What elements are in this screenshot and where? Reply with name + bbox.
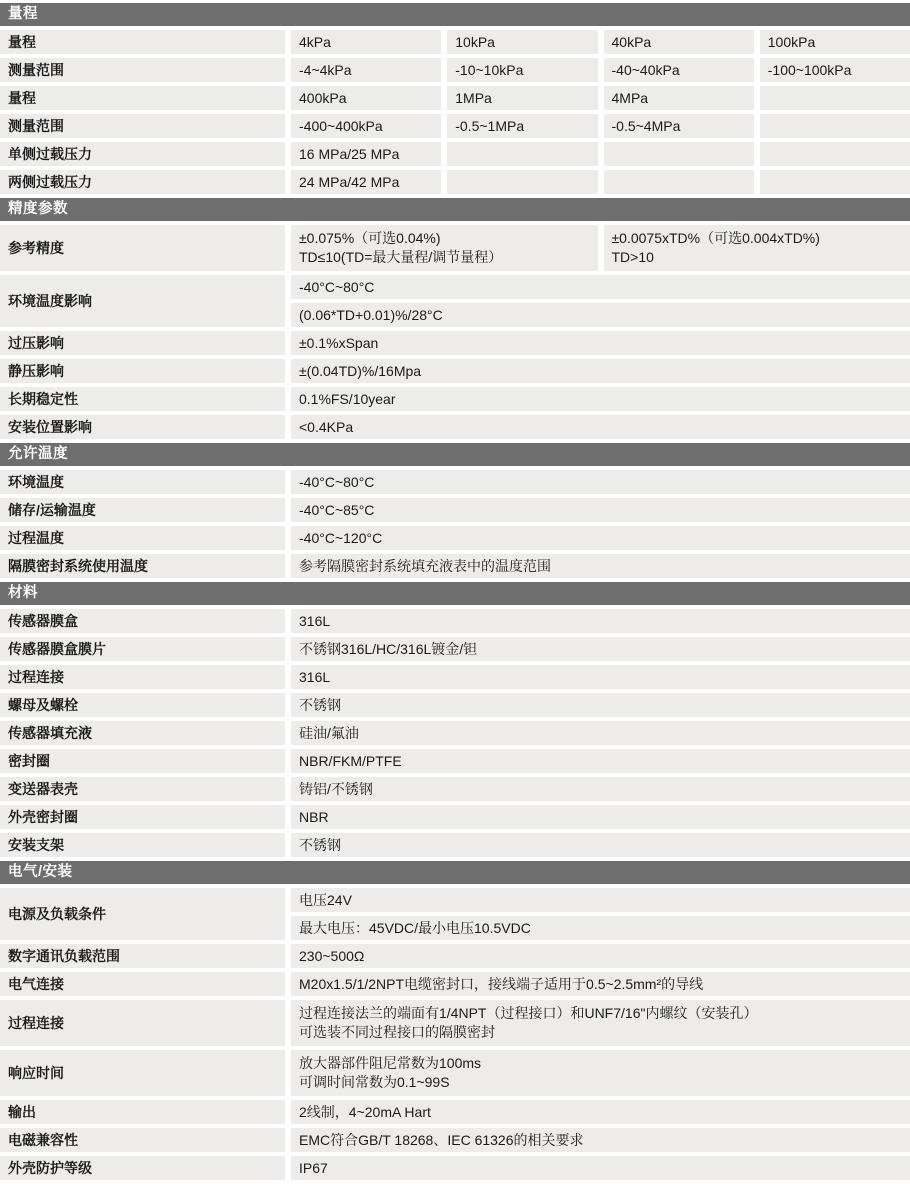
row-label-text: 量程 — [8, 89, 277, 108]
row-label: 传感器膜盒膜片 — [0, 637, 285, 661]
row-label-text: 外壳防护等级 — [8, 1159, 277, 1178]
table-row: 响应时间放大器部件阻尼常数为100ms可调时间常数为0.1~99S — [0, 1050, 910, 1096]
row-value-text: 不锈钢316L/HC/316L镀金/钽 — [299, 640, 902, 659]
table-row: 安装位置影响<0.4KPa — [0, 415, 910, 439]
row-label: 响应时间 — [0, 1050, 285, 1096]
value-stack: -40°C~80°C(0.06*TD+0.01)%/28°C — [291, 275, 910, 327]
row-label: 安装支架 — [0, 833, 285, 857]
row-value: 230~500Ω — [291, 944, 910, 968]
row-value-text: <0.4KPa — [299, 418, 902, 437]
row-label-text: 传感器膜盒 — [8, 612, 277, 631]
row-value — [760, 86, 910, 110]
row-value — [447, 170, 597, 194]
row-value-text: TD>10 — [612, 248, 903, 267]
row-label: 密封圈 — [0, 749, 285, 773]
row-value-text: -40°C~80°C — [299, 473, 902, 492]
table-row: 过程连接过程连接法兰的端面有1/4NPT（过程接口）和UNF7/16"内螺纹（安… — [0, 1000, 910, 1046]
row-value: 100kPa — [760, 30, 910, 54]
row-label: 安装位置影响 — [0, 415, 285, 439]
row-value-text: EMC符合GB/T 18268、IEC 61326的相关要求 — [299, 1131, 902, 1150]
row-label-text: 隔膜密封系统使用温度 — [8, 557, 277, 576]
row-value: 参考隔膜密封系统填充液表中的温度范围 — [291, 554, 910, 578]
row-label: 环境温度影响 — [0, 275, 285, 327]
row-label: 静压影响 — [0, 359, 285, 383]
row-label: 电气连接 — [0, 972, 285, 996]
row-value-text: -0.5~4MPa — [612, 117, 746, 136]
row-label-text: 储存/运输温度 — [8, 501, 277, 520]
row-value-text: M20x1.5/1/2NPT电缆密封口，接线端子适用于0.5~2.5mm²的导线 — [299, 975, 902, 994]
row-value: EMC符合GB/T 18268、IEC 61326的相关要求 — [291, 1128, 910, 1152]
row-label-text: 环境温度影响 — [8, 292, 277, 311]
row-value-text: -40°C~120°C — [299, 529, 902, 548]
row-value: 电压24V — [291, 888, 910, 912]
row-value: -4~4kPa — [291, 58, 441, 82]
table-row: 参考精度±0.075%（可选0.04%)TD≤10(TD=最大量程/调节量程）±… — [0, 225, 910, 271]
row-value-text: -40°C~85°C — [299, 501, 902, 520]
table-row: 单侧过载压力16 MPa/25 MPa — [0, 142, 910, 166]
table-row: 密封圈NBR/FKM/PTFE — [0, 749, 910, 773]
row-label: 环境温度 — [0, 470, 285, 494]
row-value-text: 不锈钢 — [299, 696, 902, 715]
row-value: 铸铝/不锈钢 — [291, 777, 910, 801]
table-row: 环境温度影响-40°C~80°C(0.06*TD+0.01)%/28°C — [0, 275, 910, 327]
table-row: 过程温度-40°C~120°C — [0, 526, 910, 550]
table-row: 数字通讯负载范围230~500Ω — [0, 944, 910, 968]
row-value: ±0.1%xSpan — [291, 331, 910, 355]
row-value-text: NBR — [299, 808, 902, 827]
row-value-text: IP67 — [299, 1159, 902, 1178]
table-row: 静压影响±(0.04TD)%/16Mpa — [0, 359, 910, 383]
row-value — [604, 142, 754, 166]
row-value: -40°C~120°C — [291, 526, 910, 550]
row-value: -40°C~80°C — [291, 275, 910, 299]
row-value-text: 400kPa — [299, 89, 433, 108]
section-title: 精度参数 — [8, 198, 910, 221]
section-header-2: 允许温度 — [0, 443, 910, 466]
table-row: 传感器填充液硅油/氟油 — [0, 721, 910, 745]
row-value — [447, 142, 597, 166]
row-label-text: 过压影响 — [8, 334, 277, 353]
row-value: -40°C~80°C — [291, 470, 910, 494]
row-label: 过程连接 — [0, 665, 285, 689]
row-value-text: -10~10kPa — [455, 61, 589, 80]
row-value: 4kPa — [291, 30, 441, 54]
row-label-text: 响应时间 — [8, 1064, 277, 1083]
row-label: 螺母及螺栓 — [0, 693, 285, 717]
section-header-0: 量程 — [0, 3, 910, 26]
row-value-text: NBR/FKM/PTFE — [299, 752, 902, 771]
row-label: 参考精度 — [0, 225, 285, 271]
row-value: -10~10kPa — [447, 58, 597, 82]
row-value: ±(0.04TD)%/16Mpa — [291, 359, 910, 383]
row-value-text: 10kPa — [455, 33, 589, 52]
table-row: 量程400kPa1MPa4MPa — [0, 86, 910, 110]
row-value — [760, 170, 910, 194]
section-0: 量程量程4kPa10kPa40kPa100kPa测量范围-4~4kPa-10~1… — [0, 3, 910, 194]
row-label: 隔膜密封系统使用温度 — [0, 554, 285, 578]
row-label: 电源及负载条件 — [0, 888, 285, 940]
row-value-text: 2线制，4~20mA Hart — [299, 1103, 902, 1122]
row-value-text: 4kPa — [299, 33, 433, 52]
row-value: <0.4KPa — [291, 415, 910, 439]
row-value: 硅油/氟油 — [291, 721, 910, 745]
table-row: 隔膜密封系统使用温度参考隔膜密封系统填充液表中的温度范围 — [0, 554, 910, 578]
row-label: 传感器膜盒 — [0, 609, 285, 633]
row-value-text: 16 MPa/25 MPa — [299, 145, 433, 164]
row-label-text: 量程 — [8, 33, 277, 52]
row-value-text: ±0.075%（可选0.04%) — [299, 229, 590, 248]
table-row: 外壳密封圈NBR — [0, 805, 910, 829]
row-label-text: 单侧过载压力 — [8, 145, 277, 164]
row-value: NBR/FKM/PTFE — [291, 749, 910, 773]
table-row: 量程4kPa10kPa40kPa100kPa — [0, 30, 910, 54]
row-label-text: 测量范围 — [8, 117, 277, 136]
row-label: 测量范围 — [0, 114, 285, 138]
table-row: 测量范围-400~400kPa-0.5~1MPa-0.5~4MPa — [0, 114, 910, 138]
row-value-text: 24 MPa/42 MPa — [299, 173, 433, 192]
table-row: 外壳防护等级IP67 — [0, 1156, 910, 1180]
table-row: 变送器表壳铸铝/不锈钢 — [0, 777, 910, 801]
row-value — [760, 114, 910, 138]
row-value — [604, 170, 754, 194]
row-value-text: 可选装不同过程接口的隔膜密封 — [299, 1023, 902, 1042]
row-value-text: 铸铝/不锈钢 — [299, 780, 902, 799]
row-value-text: 4MPa — [612, 89, 746, 108]
row-value — [760, 142, 910, 166]
row-value-text: 放大器部件阻尼常数为100ms — [299, 1054, 902, 1073]
row-value: -40°C~85°C — [291, 498, 910, 522]
row-label-text: 安装支架 — [8, 836, 277, 855]
row-value-text: 可调时间常数为0.1~99S — [299, 1073, 902, 1092]
row-value-text: ±(0.04TD)%/16Mpa — [299, 362, 902, 381]
row-label-text: 环境温度 — [8, 473, 277, 492]
row-value: 40kPa — [604, 30, 754, 54]
row-label: 储存/运输温度 — [0, 498, 285, 522]
spec-table: 量程量程4kPa10kPa40kPa100kPa测量范围-4~4kPa-10~1… — [0, 0, 910, 1180]
section-3: 材料传感器膜盒316L传感器膜盒膜片不锈钢316L/HC/316L镀金/钽过程连… — [0, 582, 910, 857]
row-label: 单侧过载压力 — [0, 142, 285, 166]
row-label: 外壳密封圈 — [0, 805, 285, 829]
row-value-text: -100~100kPa — [768, 61, 902, 80]
row-value-text: -400~400kPa — [299, 117, 433, 136]
row-label-text: 电气连接 — [8, 975, 277, 994]
row-label-text: 参考精度 — [8, 239, 277, 258]
row-label: 测量范围 — [0, 58, 285, 82]
section-title: 电气/安装 — [8, 861, 910, 884]
row-label-text: 传感器填充液 — [8, 724, 277, 743]
table-row: 电源及负载条件电压24V最大电压：45VDC/最小电压10.5VDC — [0, 888, 910, 940]
row-value-text: 最大电压：45VDC/最小电压10.5VDC — [299, 919, 902, 938]
row-label-text: 测量范围 — [8, 61, 277, 80]
table-row: 输出2线制，4~20mA Hart — [0, 1100, 910, 1124]
row-label: 量程 — [0, 86, 285, 110]
row-value-text: 不锈钢 — [299, 836, 902, 855]
row-label-text: 密封圈 — [8, 752, 277, 771]
table-row: 两侧过载压力24 MPa/42 MPa — [0, 170, 910, 194]
row-label-text: 输出 — [8, 1103, 277, 1122]
row-value-text: 电压24V — [299, 891, 902, 910]
row-label: 过压影响 — [0, 331, 285, 355]
row-label-text: 数字通讯负载范围 — [8, 947, 277, 966]
row-label-text: 安装位置影响 — [8, 418, 277, 437]
section-header-4: 电气/安装 — [0, 861, 910, 884]
row-label-text: 外壳密封圈 — [8, 808, 277, 827]
row-value-text: -4~4kPa — [299, 61, 433, 80]
row-label-text: 长期稳定性 — [8, 390, 277, 409]
section-header-3: 材料 — [0, 582, 910, 605]
row-value-text: 40kPa — [612, 33, 746, 52]
row-label: 数字通讯负载范围 — [0, 944, 285, 968]
row-value-text: (0.06*TD+0.01)%/28°C — [299, 306, 902, 325]
row-value: 1MPa — [447, 86, 597, 110]
section-2: 允许温度环境温度-40°C~80°C储存/运输温度-40°C~85°C过程温度-… — [0, 443, 910, 578]
row-value: 放大器部件阻尼常数为100ms可调时间常数为0.1~99S — [291, 1050, 910, 1096]
row-label-text: 电磁兼容性 — [8, 1131, 277, 1150]
row-label: 过程温度 — [0, 526, 285, 550]
row-value: 0.1%FS/10year — [291, 387, 910, 411]
row-value-text: -0.5~1MPa — [455, 117, 589, 136]
table-row: 储存/运输温度-40°C~85°C — [0, 498, 910, 522]
row-label: 外壳防护等级 — [0, 1156, 285, 1180]
row-value-text: 230~500Ω — [299, 947, 902, 966]
section-title: 量程 — [8, 3, 910, 26]
row-value: -0.5~4MPa — [604, 114, 754, 138]
row-value: M20x1.5/1/2NPT电缆密封口，接线端子适用于0.5~2.5mm²的导线 — [291, 972, 910, 996]
row-value: 2线制，4~20mA Hart — [291, 1100, 910, 1124]
row-label: 量程 — [0, 30, 285, 54]
row-label-text: 螺母及螺栓 — [8, 696, 277, 715]
table-row: 电气连接M20x1.5/1/2NPT电缆密封口，接线端子适用于0.5~2.5mm… — [0, 972, 910, 996]
row-value: 不锈钢 — [291, 833, 910, 857]
row-value: 最大电压：45VDC/最小电压10.5VDC — [291, 916, 910, 940]
row-label-text: 过程连接 — [8, 1014, 277, 1033]
row-label: 传感器填充液 — [0, 721, 285, 745]
row-value-text: TD≤10(TD=最大量程/调节量程） — [299, 248, 590, 267]
row-value: IP67 — [291, 1156, 910, 1180]
row-value-text: -40°C~80°C — [299, 278, 902, 297]
row-value: 10kPa — [447, 30, 597, 54]
row-value-text: ±0.0075xTD%（可选0.004xTD%) — [612, 229, 903, 248]
row-value: -40~40kPa — [604, 58, 754, 82]
row-value: 24 MPa/42 MPa — [291, 170, 441, 194]
table-row: 螺母及螺栓不锈钢 — [0, 693, 910, 717]
row-value: 不锈钢316L/HC/316L镀金/钽 — [291, 637, 910, 661]
row-label: 过程连接 — [0, 1000, 285, 1046]
row-value-text: 参考隔膜密封系统填充液表中的温度范围 — [299, 557, 902, 576]
row-value-text: 0.1%FS/10year — [299, 390, 902, 409]
row-value: 4MPa — [604, 86, 754, 110]
table-row: 环境温度-40°C~80°C — [0, 470, 910, 494]
row-label-text: 电源及负载条件 — [8, 905, 277, 924]
table-row: 传感器膜盒膜片不锈钢316L/HC/316L镀金/钽 — [0, 637, 910, 661]
row-value: 316L — [291, 609, 910, 633]
section-4: 电气/安装电源及负载条件电压24V最大电压：45VDC/最小电压10.5VDC数… — [0, 861, 910, 1180]
row-value-text: 316L — [299, 612, 902, 631]
row-label-text: 过程连接 — [8, 668, 277, 687]
row-value-text: 100kPa — [768, 33, 902, 52]
row-value: ±0.0075xTD%（可选0.004xTD%)TD>10 — [604, 225, 910, 271]
row-label: 两侧过载压力 — [0, 170, 285, 194]
table-row: 电磁兼容性EMC符合GB/T 18268、IEC 61326的相关要求 — [0, 1128, 910, 1152]
table-row: 测量范围-4~4kPa-10~10kPa-40~40kPa-100~100kPa — [0, 58, 910, 82]
row-label-text: 过程温度 — [8, 529, 277, 548]
row-value-text: 1MPa — [455, 89, 589, 108]
section-title: 材料 — [8, 582, 910, 605]
row-value: -0.5~1MPa — [447, 114, 597, 138]
row-value: 不锈钢 — [291, 693, 910, 717]
row-label: 变送器表壳 — [0, 777, 285, 801]
row-value-text: 硅油/氟油 — [299, 724, 902, 743]
table-row: 长期稳定性0.1%FS/10year — [0, 387, 910, 411]
row-label-text: 两侧过载压力 — [8, 173, 277, 192]
section-title: 允许温度 — [8, 443, 910, 466]
row-value-text: -40~40kPa — [612, 61, 746, 80]
row-value: 过程连接法兰的端面有1/4NPT（过程接口）和UNF7/16"内螺纹（安装孔）可… — [291, 1000, 910, 1046]
row-label-text: 变送器表壳 — [8, 780, 277, 799]
row-label-text: 传感器膜盒膜片 — [8, 640, 277, 659]
row-value: NBR — [291, 805, 910, 829]
value-stack: 电压24V最大电压：45VDC/最小电压10.5VDC — [291, 888, 910, 940]
table-row: 过压影响±0.1%xSpan — [0, 331, 910, 355]
section-1: 精度参数参考精度±0.075%（可选0.04%)TD≤10(TD=最大量程/调节… — [0, 198, 910, 439]
row-value-text: ±0.1%xSpan — [299, 334, 902, 353]
section-header-1: 精度参数 — [0, 198, 910, 221]
row-label: 长期稳定性 — [0, 387, 285, 411]
table-row: 过程连接316L — [0, 665, 910, 689]
row-label: 输出 — [0, 1100, 285, 1124]
row-value: (0.06*TD+0.01)%/28°C — [291, 303, 910, 327]
row-value: 400kPa — [291, 86, 441, 110]
table-row: 传感器膜盒316L — [0, 609, 910, 633]
table-row: 安装支架不锈钢 — [0, 833, 910, 857]
row-label: 电磁兼容性 — [0, 1128, 285, 1152]
row-label-text: 静压影响 — [8, 362, 277, 381]
row-value: -400~400kPa — [291, 114, 441, 138]
row-value-text: 316L — [299, 668, 902, 687]
row-value: ±0.075%（可选0.04%)TD≤10(TD=最大量程/调节量程） — [291, 225, 598, 271]
row-value: 316L — [291, 665, 910, 689]
row-value: -100~100kPa — [760, 58, 910, 82]
row-value-text: 过程连接法兰的端面有1/4NPT（过程接口）和UNF7/16"内螺纹（安装孔） — [299, 1004, 902, 1023]
row-value: 16 MPa/25 MPa — [291, 142, 441, 166]
